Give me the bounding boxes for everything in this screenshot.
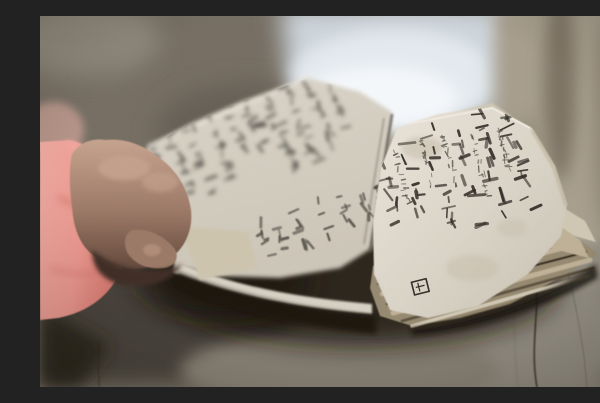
photo-canvas	[40, 16, 600, 387]
photo-old-calligraphy-book	[40, 16, 600, 387]
vignette	[40, 16, 600, 387]
